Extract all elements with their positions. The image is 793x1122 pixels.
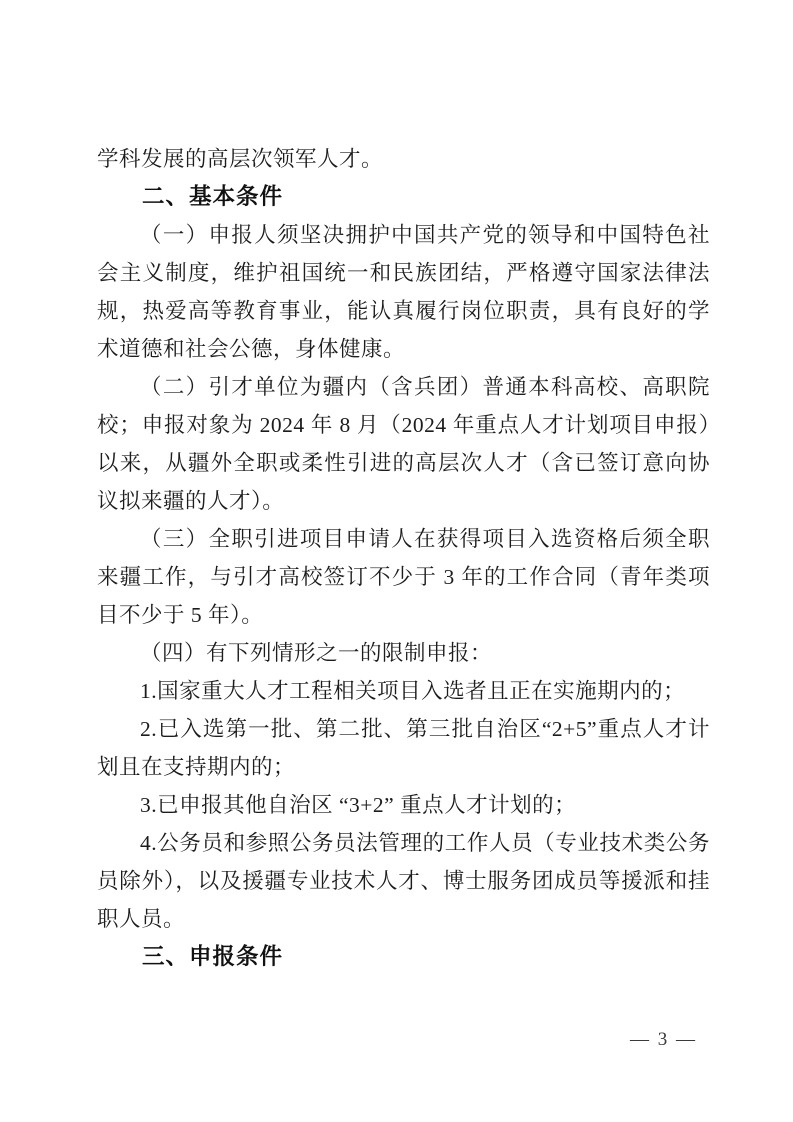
paragraph-item-1: （一）申报人须坚决拥护中国共产党的领导和中国特色社会主义制度，维护祖国统一和民族… [97, 216, 710, 368]
paragraph-item-4: （四）有下列情形之一的限制申报： [97, 634, 710, 672]
paragraph-restriction-3: 3.已申报其他自治区 “3+2” 重点人才计划的； [97, 786, 710, 824]
document-page: 学科发展的高层次领军人才。 二、基本条件 （一）申报人须坚决拥护中国共产党的领导… [0, 0, 793, 1122]
paragraph-continuation: 学科发展的高层次领军人才。 [97, 140, 710, 178]
paragraph-restriction-2: 2.已入选第一批、第二批、第三批自治区“2+5”重点人才计划且在支持期内的； [97, 710, 710, 786]
paragraph-item-2: （二）引才单位为疆内（含兵团）普通本科高校、高职院校；申报对象为 2024 年 … [97, 368, 710, 520]
paragraph-item-3: （三）全职引进项目申请人在获得项目入选资格后须全职来疆工作，与引才高校签订不少于… [97, 520, 710, 634]
document-body: 学科发展的高层次领军人才。 二、基本条件 （一）申报人须坚决拥护中国共产党的领导… [97, 140, 710, 976]
paragraph-restriction-1: 1.国家重大人才工程相关项目入选者且正在实施期内的； [97, 672, 710, 710]
section-heading-basic-conditions: 二、基本条件 [97, 178, 710, 216]
section-heading-application-conditions: 三、申报条件 [97, 938, 710, 976]
page-number: — 3 — [630, 1026, 697, 1054]
paragraph-restriction-4: 4.公务员和参照公务员法管理的工作人员（专业技术类公务员除外），以及援疆专业技术… [97, 824, 710, 938]
